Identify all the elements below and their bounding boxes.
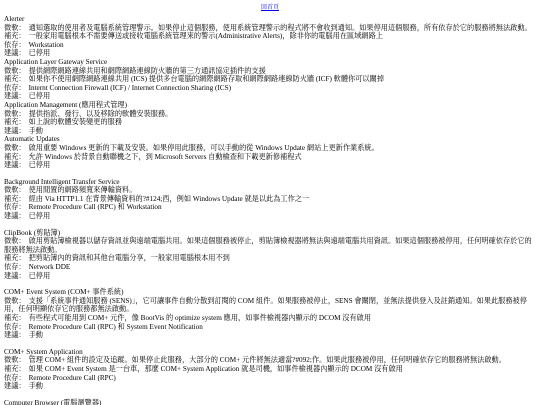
ms-description-value: 使用閒置的網路頻寬來傳輸資料。	[29, 186, 137, 194]
recommendation-label: 建議：	[4, 382, 26, 390]
service-entry: Application Layer Gateway Service微軟：提供網際…	[4, 58, 536, 101]
ms-description-label: 微軟：	[4, 356, 26, 364]
extra-note-row: 補充：一般家用電腦根本不需要傳送或接收電腦系統管理來的警示(Administra…	[4, 32, 536, 41]
ms-description-label: 微軟：	[4, 67, 26, 75]
service-entry: Background Intelligent Transfer Service微…	[4, 178, 536, 221]
recommendation-row: 建議：已停用	[4, 272, 536, 281]
recommendation-value: 手動	[29, 382, 43, 390]
recommendation-value: 已停用	[29, 161, 51, 169]
extra-note-row: 補充：把剪貼簿內的資訊和其他台電腦分享，一般家用電腦根本用不到	[4, 254, 536, 263]
service-title: ClipBook (剪貼簿)	[4, 229, 536, 238]
extra-note-value: 允許 Windows 於背景自動聯機之下，到 Microsoft Servers…	[29, 153, 302, 161]
extra-note-value: 有些程式可能用到 COM+ 元件，像 BootVis 的 optimize sy…	[29, 314, 371, 322]
dependencies-label: 依存：	[4, 203, 26, 211]
ms-description-label: 微軟：	[4, 237, 26, 245]
recommendation-label: 建議：	[4, 331, 26, 339]
dependencies-row: 依存：Workstation	[4, 41, 536, 50]
ms-description-row: 微軟：管理 COM+ 組件的設定及追蹤。如果停止此服務，大部分的 COM+ 元件…	[4, 356, 536, 365]
recommendation-value: 已停用	[29, 92, 51, 100]
ms-description-row: 微軟：提供指派、發行、以及移除的軟體安裝服務。	[4, 110, 536, 119]
ms-description-value: 支援「系統事件通知服務 (SENS)」，它可讓事件自動分散到訂閱的 COM 組件…	[4, 297, 527, 314]
recommendation-row: 建議：已停用	[4, 161, 536, 170]
extra-note-label: 補充：	[4, 314, 26, 322]
dependencies-value: Remote Procedure Call (RPC)	[29, 374, 116, 382]
dependencies-value: Workstation	[29, 41, 64, 49]
recommendation-label: 建議：	[4, 272, 26, 280]
recommendation-value: 已停用	[29, 212, 51, 220]
dependencies-label: 依存：	[4, 41, 26, 49]
extra-note-value: 經由 Via HTTP1.1 在背景傳輸資料的?#124;西，例如 Window…	[29, 195, 310, 203]
ms-description-label: 微軟：	[4, 144, 26, 152]
dependencies-value: Network DDE	[29, 263, 71, 271]
recommendation-label: 建議：	[4, 92, 26, 100]
recommendation-label: 建議：	[4, 212, 26, 220]
service-title: Application Management (應用程式管理)	[4, 101, 536, 110]
ms-description-row: 微軟：使用閒置的網路頻寬來傳輸資料。	[4, 186, 536, 195]
service-entry: COM+ Event System (COM+ 事件系統)微軟：支援「系統事件通…	[4, 288, 536, 340]
ms-description-row: 微軟：支援「系統事件通知服務 (SENS)」，它可讓事件自動分散到訂閱的 COM…	[4, 297, 536, 314]
extra-note-value: 把剪貼簿內的資訊和其他台電腦分享，一般家用電腦根本用不到	[29, 254, 230, 262]
recommendation-row: 建議：已停用	[4, 92, 536, 101]
ms-description-value: 提供網際網路連線共用和網際網路連線防火牆的第三方通訊協定插件的支援	[29, 67, 266, 75]
dependencies-label: 依存：	[4, 84, 26, 92]
extra-note-label: 補充：	[4, 365, 26, 373]
dependencies-row: 依存：Internt Connection Firewall (ICF) / I…	[4, 84, 536, 93]
extra-note-value: 如上說的軟體安裝變更的服務	[29, 118, 122, 126]
ms-description-label: 微軟：	[4, 110, 26, 118]
extra-note-row: 補充：如上說的軟體安裝變更的服務	[4, 118, 536, 127]
service-entry: Computer Browser (電腦瀏覽器)	[4, 399, 536, 405]
dependencies-label: 依存：	[4, 263, 26, 271]
dependencies-row: 依存：Remote Procedure Call (RPC) 和 Worksta…	[4, 203, 536, 212]
service-title: Automatic Updates	[4, 135, 536, 144]
dependencies-label: 依存：	[4, 323, 26, 331]
recommendation-row: 建議：已停用	[4, 49, 536, 58]
service-title: COM+ Event System (COM+ 事件系統)	[4, 288, 536, 297]
ms-description-value: 啟用剪貼簿檢視器以儲存資訊並與遠端電腦共用。如果這個服務被停止，剪貼簿檢視器將無…	[4, 237, 532, 254]
recommendation-value: 手動	[29, 331, 43, 339]
recommendation-value: 手動	[29, 127, 43, 135]
recommendation-value: 已停用	[29, 272, 51, 280]
recommendation-label: 建議：	[4, 49, 26, 57]
service-entry: ClipBook (剪貼簿)微軟：啟用剪貼簿檢視器以儲存資訊並與遠端電腦共用。如…	[4, 229, 536, 281]
recommendation-label: 建議：	[4, 127, 26, 135]
extra-note-label: 補充：	[4, 153, 26, 161]
recommendation-row: 建議：手動	[4, 127, 536, 136]
extra-note-label: 補充：	[4, 75, 26, 83]
home-link[interactable]: 回首頁	[261, 5, 279, 11]
ms-description-value: 提供指派、發行、以及移除的軟體安裝服務。	[29, 110, 173, 118]
extra-note-label: 補充：	[4, 195, 26, 203]
service-title: Alerter	[4, 15, 536, 24]
recommendation-value: 已停用	[29, 49, 51, 57]
ms-description-row: 微軟：通知選取的使用者及電腦系統管理警示。如果停止這個服務，使用系統管理警示的程…	[4, 24, 536, 33]
extra-note-row: 補充：允許 Windows 於背景自動聯機之下，到 Microsoft Serv…	[4, 153, 536, 162]
ms-description-label: 微軟：	[4, 24, 26, 32]
ms-description-label: 微軟：	[4, 297, 26, 305]
recommendation-row: 建議：手動	[4, 331, 536, 340]
ms-description-label: 微軟：	[4, 186, 26, 194]
ms-description-row: 微軟：啟用重要 Windows 更新的下載及安裝。如果停用此服務，可以手動的從 …	[4, 144, 536, 153]
ms-description-row: 微軟：啟用剪貼簿檢視器以儲存資訊並與遠端電腦共用。如果這個服務被停止，剪貼簿檢視…	[4, 237, 536, 254]
recommendation-label: 建議：	[4, 161, 26, 169]
ms-description-value: 管理 COM+ 組件的設定及追蹤。如果停止此服務，大部分的 COM+ 元件將無法…	[29, 356, 506, 364]
extra-note-row: 補充：如果 COM+ Event System 是一台車，那麼 COM+ Sys…	[4, 365, 536, 374]
dependencies-value: Remote Procedure Call (RPC) 和 Workstatio…	[29, 203, 162, 211]
ms-description-value: 啟用重要 Windows 更新的下載及安裝。如果停用此服務，可以手動的從 Win…	[29, 144, 379, 152]
service-title: Computer Browser (電腦瀏覽器)	[4, 399, 536, 405]
service-list: Alerter微軟：通知選取的使用者及電腦系統管理警示。如果停止這個服務，使用系…	[0, 15, 540, 405]
recommendation-row: 建議：已停用	[4, 212, 536, 221]
extra-note-label: 補充：	[4, 118, 26, 126]
service-title: Application Layer Gateway Service	[4, 58, 536, 67]
dependencies-row: 依存：Remote Procedure Call (RPC) 和 System …	[4, 323, 536, 332]
ms-description-value: 通知選取的使用者及電腦系統管理警示。如果停止這個服務，使用系統管理警示的程式將不…	[29, 24, 532, 32]
service-entry: Application Management (應用程式管理)微軟：提供指派、發…	[4, 101, 536, 135]
extra-note-value: 一般家用電腦根本不需要傳送或接收電腦系統管理來的警示(Administrativ…	[29, 32, 383, 40]
ms-description-row: 微軟：提供網際網路連線共用和網際網路連線防火牆的第三方通訊協定插件的支援	[4, 67, 536, 76]
extra-note-value: 如果 COM+ Event System 是一台車，那麼 COM+ System…	[29, 365, 403, 373]
dependencies-label: 依存：	[4, 374, 26, 382]
dependencies-value: Internt Connection Firewall (ICF) / Inte…	[29, 84, 231, 92]
dependencies-row: 依存：Network DDE	[4, 263, 536, 272]
service-entry: Automatic Updates微軟：啟用重要 Windows 更新的下載及安…	[4, 135, 536, 169]
dependencies-row: 依存：Remote Procedure Call (RPC)	[4, 374, 536, 383]
service-entry: COM+ System Application微軟：管理 COM+ 組件的設定及…	[4, 348, 536, 391]
service-entry: Alerter微軟：通知選取的使用者及電腦系統管理警示。如果停止這個服務，使用系…	[4, 15, 536, 58]
dependencies-value: Remote Procedure Call (RPC) 和 System Eve…	[29, 323, 203, 331]
recommendation-row: 建議：手動	[4, 382, 536, 391]
home-link-container: 回首頁	[0, 0, 540, 13]
service-title: Background Intelligent Transfer Service	[4, 178, 536, 187]
extra-note-label: 補充：	[4, 254, 26, 262]
extra-note-value: 如果你不使用網際網路連線共用 (ICS) 提供多台電腦的網際網路存取和網際網路連…	[29, 75, 384, 83]
extra-note-row: 補充：如果你不使用網際網路連線共用 (ICS) 提供多台電腦的網際網路存取和網際…	[4, 75, 536, 84]
extra-note-row: 補充：有些程式可能用到 COM+ 元件，像 BootVis 的 optimize…	[4, 314, 536, 323]
extra-note-label: 補充：	[4, 32, 26, 40]
